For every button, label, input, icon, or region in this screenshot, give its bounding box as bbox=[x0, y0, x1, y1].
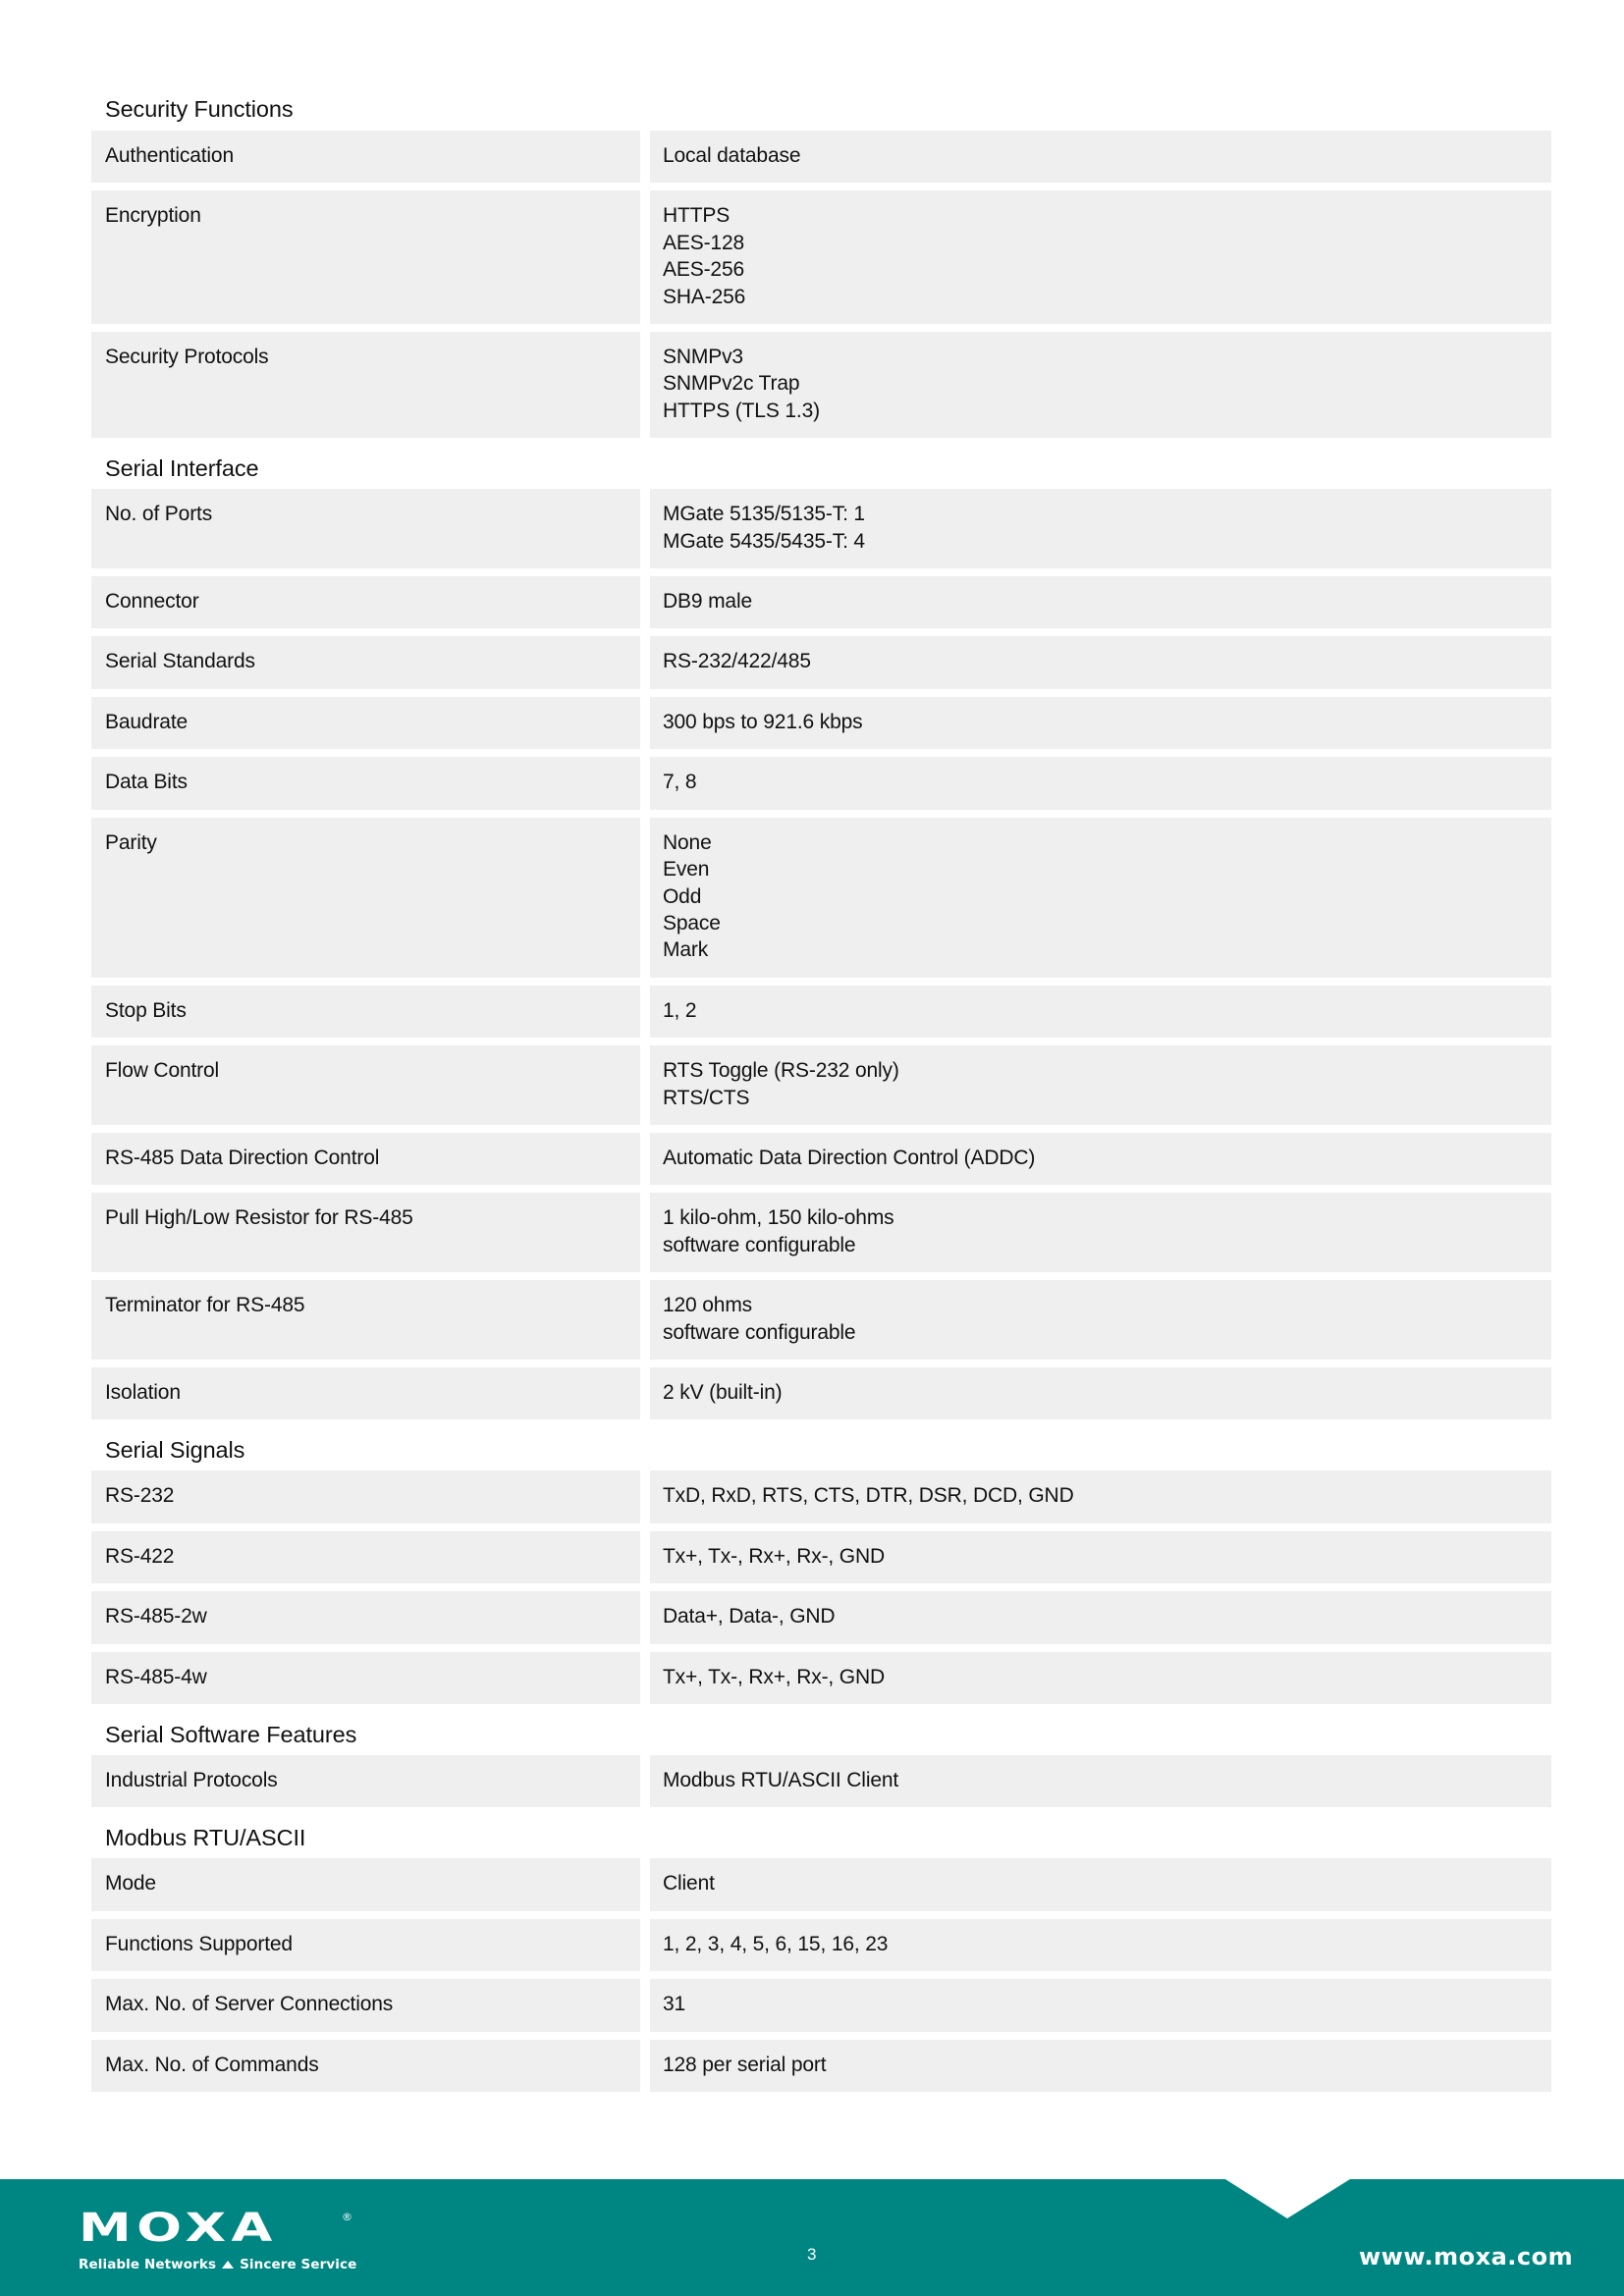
spec-row: Security ProtocolsSNMPv3SNMPv2c TrapHTTP… bbox=[91, 332, 1551, 438]
logo-tagline: Reliable NetworksSincere Service bbox=[79, 2257, 353, 2272]
spec-value-line: 300 bps to 921.6 kbps bbox=[663, 709, 1538, 735]
spec-value-line: Local database bbox=[663, 142, 1538, 169]
spec-label: Data Bits bbox=[91, 757, 640, 809]
spec-label: Terminator for RS-485 bbox=[91, 1280, 640, 1360]
spec-value-line: Tx+, Tx-, Rx+, Rx-, GND bbox=[663, 1664, 1538, 1690]
spec-value: Tx+, Tx-, Rx+, Rx-, GND bbox=[650, 1531, 1551, 1583]
spec-row: Pull High/Low Resistor for RS-4851 kilo-… bbox=[91, 1193, 1551, 1272]
spec-value: Local database bbox=[650, 131, 1551, 183]
triangle-icon bbox=[222, 2261, 234, 2269]
spec-value-line: DB9 male bbox=[663, 588, 1538, 614]
spec-value: 1 kilo-ohm, 150 kilo-ohmssoftware config… bbox=[650, 1193, 1551, 1272]
spec-section: Serial InterfaceNo. of PortsMGate 5135/5… bbox=[91, 454, 1551, 1419]
spec-value-line: RTS/CTS bbox=[663, 1085, 1538, 1111]
spec-label: Connector bbox=[91, 576, 640, 628]
spec-value: 128 per serial port bbox=[650, 2040, 1551, 2092]
spec-label: RS-485 Data Direction Control bbox=[91, 1133, 640, 1185]
spec-label: Industrial Protocols bbox=[91, 1755, 640, 1807]
spec-value-line: software configurable bbox=[663, 1319, 1538, 1346]
spec-row: Max. No. of Commands128 per serial port bbox=[91, 2040, 1551, 2092]
section-title: Serial Signals bbox=[91, 1435, 1551, 1465]
spec-value-line: Data+, Data-, GND bbox=[663, 1603, 1538, 1629]
spec-section: Serial SignalsRS-232TxD, RxD, RTS, CTS, … bbox=[91, 1435, 1551, 1704]
spec-value: Modbus RTU/ASCII Client bbox=[650, 1755, 1551, 1807]
spec-label: Stop Bits bbox=[91, 986, 640, 1038]
spec-row: RS-485-4wTx+, Tx-, Rx+, Rx-, GND bbox=[91, 1652, 1551, 1704]
spec-value-line: 7, 8 bbox=[663, 769, 1538, 795]
section-title: Modbus RTU/ASCII bbox=[91, 1823, 1551, 1852]
spec-value: 120 ohmssoftware configurable bbox=[650, 1280, 1551, 1360]
spec-label: Max. No. of Commands bbox=[91, 2040, 640, 2092]
website-link[interactable]: www.moxa.com bbox=[1359, 2243, 1573, 2270]
spec-value: 1, 2, 3, 4, 5, 6, 15, 16, 23 bbox=[650, 1919, 1551, 1971]
spec-label: Parity bbox=[91, 818, 640, 978]
spec-value-line: Odd bbox=[663, 883, 1538, 910]
section-title: Security Functions bbox=[91, 94, 1551, 124]
spec-value: Data+, Data-, GND bbox=[650, 1591, 1551, 1643]
registered-mark: ® bbox=[342, 2211, 352, 2223]
spec-value: 2 kV (built-in) bbox=[650, 1367, 1551, 1419]
section-title: Serial Interface bbox=[91, 454, 1551, 483]
spec-value: RTS Toggle (RS-232 only)RTS/CTS bbox=[650, 1045, 1551, 1125]
spec-value-line: 2 kV (built-in) bbox=[663, 1379, 1538, 1406]
spec-row: Data Bits7, 8 bbox=[91, 757, 1551, 809]
spec-value-line: MGate 5135/5135-T: 1 bbox=[663, 501, 1538, 527]
spec-row: Industrial ProtocolsModbus RTU/ASCII Cli… bbox=[91, 1755, 1551, 1807]
spec-label: No. of Ports bbox=[91, 489, 640, 568]
tagline-right: Sincere Service bbox=[240, 2257, 356, 2272]
spec-row: RS-422Tx+, Tx-, Rx+, Rx-, GND bbox=[91, 1531, 1551, 1583]
spec-value: SNMPv3SNMPv2c TrapHTTPS (TLS 1.3) bbox=[650, 332, 1551, 438]
spec-row: Functions Supported1, 2, 3, 4, 5, 6, 15,… bbox=[91, 1919, 1551, 1971]
spec-section: Security FunctionsAuthenticationLocal da… bbox=[91, 94, 1551, 438]
spec-value-line: Even bbox=[663, 856, 1538, 882]
section-title: Serial Software Features bbox=[91, 1720, 1551, 1749]
spec-row: Max. No. of Server Connections31 bbox=[91, 1979, 1551, 2031]
spec-row: ConnectorDB9 male bbox=[91, 576, 1551, 628]
spec-value: RS-232/422/485 bbox=[650, 636, 1551, 688]
spec-row: Isolation2 kV (built-in) bbox=[91, 1367, 1551, 1419]
page-number: 3 bbox=[807, 2245, 816, 2265]
spec-value-line: RTS Toggle (RS-232 only) bbox=[663, 1057, 1538, 1084]
spec-row: ParityNoneEvenOddSpaceMark bbox=[91, 818, 1551, 978]
spec-value-line: Client bbox=[663, 1870, 1538, 1896]
spec-value-line: MGate 5435/5435-T: 4 bbox=[663, 528, 1538, 555]
spec-value-line: HTTPS (TLS 1.3) bbox=[663, 398, 1538, 424]
spec-value-line: 1, 2 bbox=[663, 997, 1538, 1024]
spec-value-line: 1, 2, 3, 4, 5, 6, 15, 16, 23 bbox=[663, 1931, 1538, 1957]
spec-value: Tx+, Tx-, Rx+, Rx-, GND bbox=[650, 1652, 1551, 1704]
spec-value-line: SHA-256 bbox=[663, 284, 1538, 310]
spec-row: RS-485 Data Direction ControlAutomatic D… bbox=[91, 1133, 1551, 1185]
logo-wordmark: MOXA bbox=[79, 2209, 278, 2248]
spec-value: TxD, RxD, RTS, CTS, DTR, DSR, DCD, GND bbox=[650, 1470, 1551, 1522]
spec-value-line: Modbus RTU/ASCII Client bbox=[663, 1767, 1538, 1793]
page-footer: MOXA ® Reliable NetworksSincere Service … bbox=[0, 2179, 1624, 2296]
spec-value-line: Automatic Data Direction Control (ADDC) bbox=[663, 1145, 1538, 1171]
spec-row: Stop Bits1, 2 bbox=[91, 986, 1551, 1038]
spec-row: EncryptionHTTPSAES-128AES-256SHA-256 bbox=[91, 190, 1551, 324]
spec-row: RS-232TxD, RxD, RTS, CTS, DTR, DSR, DCD,… bbox=[91, 1470, 1551, 1522]
spec-value: HTTPSAES-128AES-256SHA-256 bbox=[650, 190, 1551, 324]
spec-value-line: AES-128 bbox=[663, 230, 1538, 256]
spec-value-line: 120 ohms bbox=[663, 1292, 1538, 1318]
spec-value-line: Tx+, Tx-, Rx+, Rx-, GND bbox=[663, 1543, 1538, 1570]
spec-row: Flow ControlRTS Toggle (RS-232 only)RTS/… bbox=[91, 1045, 1551, 1125]
spec-value: 300 bps to 921.6 kbps bbox=[650, 697, 1551, 749]
spec-label: Isolation bbox=[91, 1367, 640, 1419]
tagline-left: Reliable Networks bbox=[79, 2257, 216, 2272]
spec-label: Security Protocols bbox=[91, 332, 640, 438]
spec-label: Mode bbox=[91, 1858, 640, 1910]
spec-value: NoneEvenOddSpaceMark bbox=[650, 818, 1551, 978]
spec-label: RS-232 bbox=[91, 1470, 640, 1522]
spec-value: 31 bbox=[650, 1979, 1551, 2031]
spec-section: Serial Software FeaturesIndustrial Proto… bbox=[91, 1720, 1551, 1807]
spec-value-line: SNMPv3 bbox=[663, 344, 1538, 370]
spec-label: RS-485-2w bbox=[91, 1591, 640, 1643]
spec-value-line: AES-256 bbox=[663, 256, 1538, 283]
spec-value-line: SNMPv2c Trap bbox=[663, 370, 1538, 397]
spec-label: Serial Standards bbox=[91, 636, 640, 688]
spec-value: 1, 2 bbox=[650, 986, 1551, 1038]
spec-label: Baudrate bbox=[91, 697, 640, 749]
spec-label: Max. No. of Server Connections bbox=[91, 1979, 640, 2031]
spec-value-line: software configurable bbox=[663, 1232, 1538, 1258]
spec-label: Pull High/Low Resistor for RS-485 bbox=[91, 1193, 640, 1272]
footer-notch-decoration bbox=[1225, 2179, 1350, 2218]
spec-section: Modbus RTU/ASCIIModeClientFunctions Supp… bbox=[91, 1823, 1551, 2092]
spec-label: RS-485-4w bbox=[91, 1652, 640, 1704]
spec-row: ModeClient bbox=[91, 1858, 1551, 1910]
spec-label: Authentication bbox=[91, 131, 640, 183]
spec-label: Functions Supported bbox=[91, 1919, 640, 1971]
spec-row: Serial StandardsRS-232/422/485 bbox=[91, 636, 1551, 688]
moxa-logo: MOXA ® Reliable NetworksSincere Service bbox=[79, 2209, 353, 2272]
spec-value-line: 31 bbox=[663, 1991, 1538, 2017]
spec-value: Client bbox=[650, 1858, 1551, 1910]
spec-value-line: TxD, RxD, RTS, CTS, DTR, DSR, DCD, GND bbox=[663, 1482, 1538, 1509]
spec-value-line: Space bbox=[663, 910, 1538, 936]
spec-row: Baudrate300 bps to 921.6 kbps bbox=[91, 697, 1551, 749]
spec-row: No. of PortsMGate 5135/5135-T: 1MGate 54… bbox=[91, 489, 1551, 568]
spec-value-line: None bbox=[663, 829, 1538, 856]
spec-value: MGate 5135/5135-T: 1MGate 5435/5435-T: 4 bbox=[650, 489, 1551, 568]
spec-value: Automatic Data Direction Control (ADDC) bbox=[650, 1133, 1551, 1185]
spec-value-line: RS-232/422/485 bbox=[663, 648, 1538, 674]
spec-label: RS-422 bbox=[91, 1531, 640, 1583]
spec-value-line: HTTPS bbox=[663, 202, 1538, 229]
spec-row: RS-485-2wData+, Data-, GND bbox=[91, 1591, 1551, 1643]
spec-label: Encryption bbox=[91, 190, 640, 324]
spec-value-line: Mark bbox=[663, 936, 1538, 963]
spec-row: AuthenticationLocal database bbox=[91, 131, 1551, 183]
spec-value-line: 128 per serial port bbox=[663, 2052, 1538, 2078]
spec-row: Terminator for RS-485120 ohmssoftware co… bbox=[91, 1280, 1551, 1360]
spec-sheet: Security FunctionsAuthenticationLocal da… bbox=[91, 94, 1551, 2100]
spec-value: 7, 8 bbox=[650, 757, 1551, 809]
spec-value: DB9 male bbox=[650, 576, 1551, 628]
spec-value-line: 1 kilo-ohm, 150 kilo-ohms bbox=[663, 1204, 1538, 1231]
spec-label: Flow Control bbox=[91, 1045, 640, 1125]
